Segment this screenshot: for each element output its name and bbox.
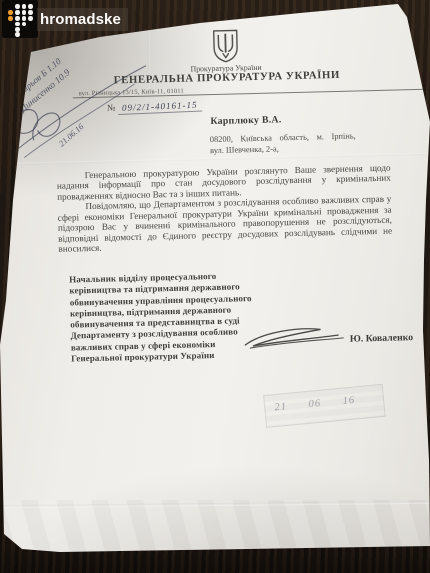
signer-title-block: Начальник відділу процесуального керівни… (69, 270, 253, 365)
hromadske-wordmark: hromadske (37, 8, 128, 31)
handwritten-flourish-stroke (2, 57, 154, 161)
addressee-address-line2: вул. Шевченка, 2-а, (210, 144, 279, 155)
document-paper: Прокуратура України ГЕНЕРАЛЬНА ПРОКУРАТУ… (0, 0, 430, 573)
letter-body: Генеральною прокуратурою України розглян… (57, 163, 393, 255)
handwritten-signature-stroke (240, 323, 349, 354)
body-paragraph: Повідомляю, що Департаментом з розслідув… (57, 194, 392, 254)
photo-background: Прокуратура України ГЕНЕРАЛЬНА ПРОКУРАТУ… (0, 0, 430, 573)
hromadske-logo-icon (2, 0, 38, 38)
addressee-name: Карплюку В.А. (210, 114, 281, 127)
letter-content: Прокуратура України ГЕНЕРАЛЬНА ПРОКУРАТУ… (0, 0, 430, 573)
signer-name: Ю. Коваленко (350, 332, 414, 345)
ukraine-trident-emblem-icon (210, 28, 241, 64)
hromadske-wordmark-label: hromadske (40, 11, 121, 28)
addressee-address-line1: 08200, Київська область, м. Ірпінь, (210, 132, 356, 145)
